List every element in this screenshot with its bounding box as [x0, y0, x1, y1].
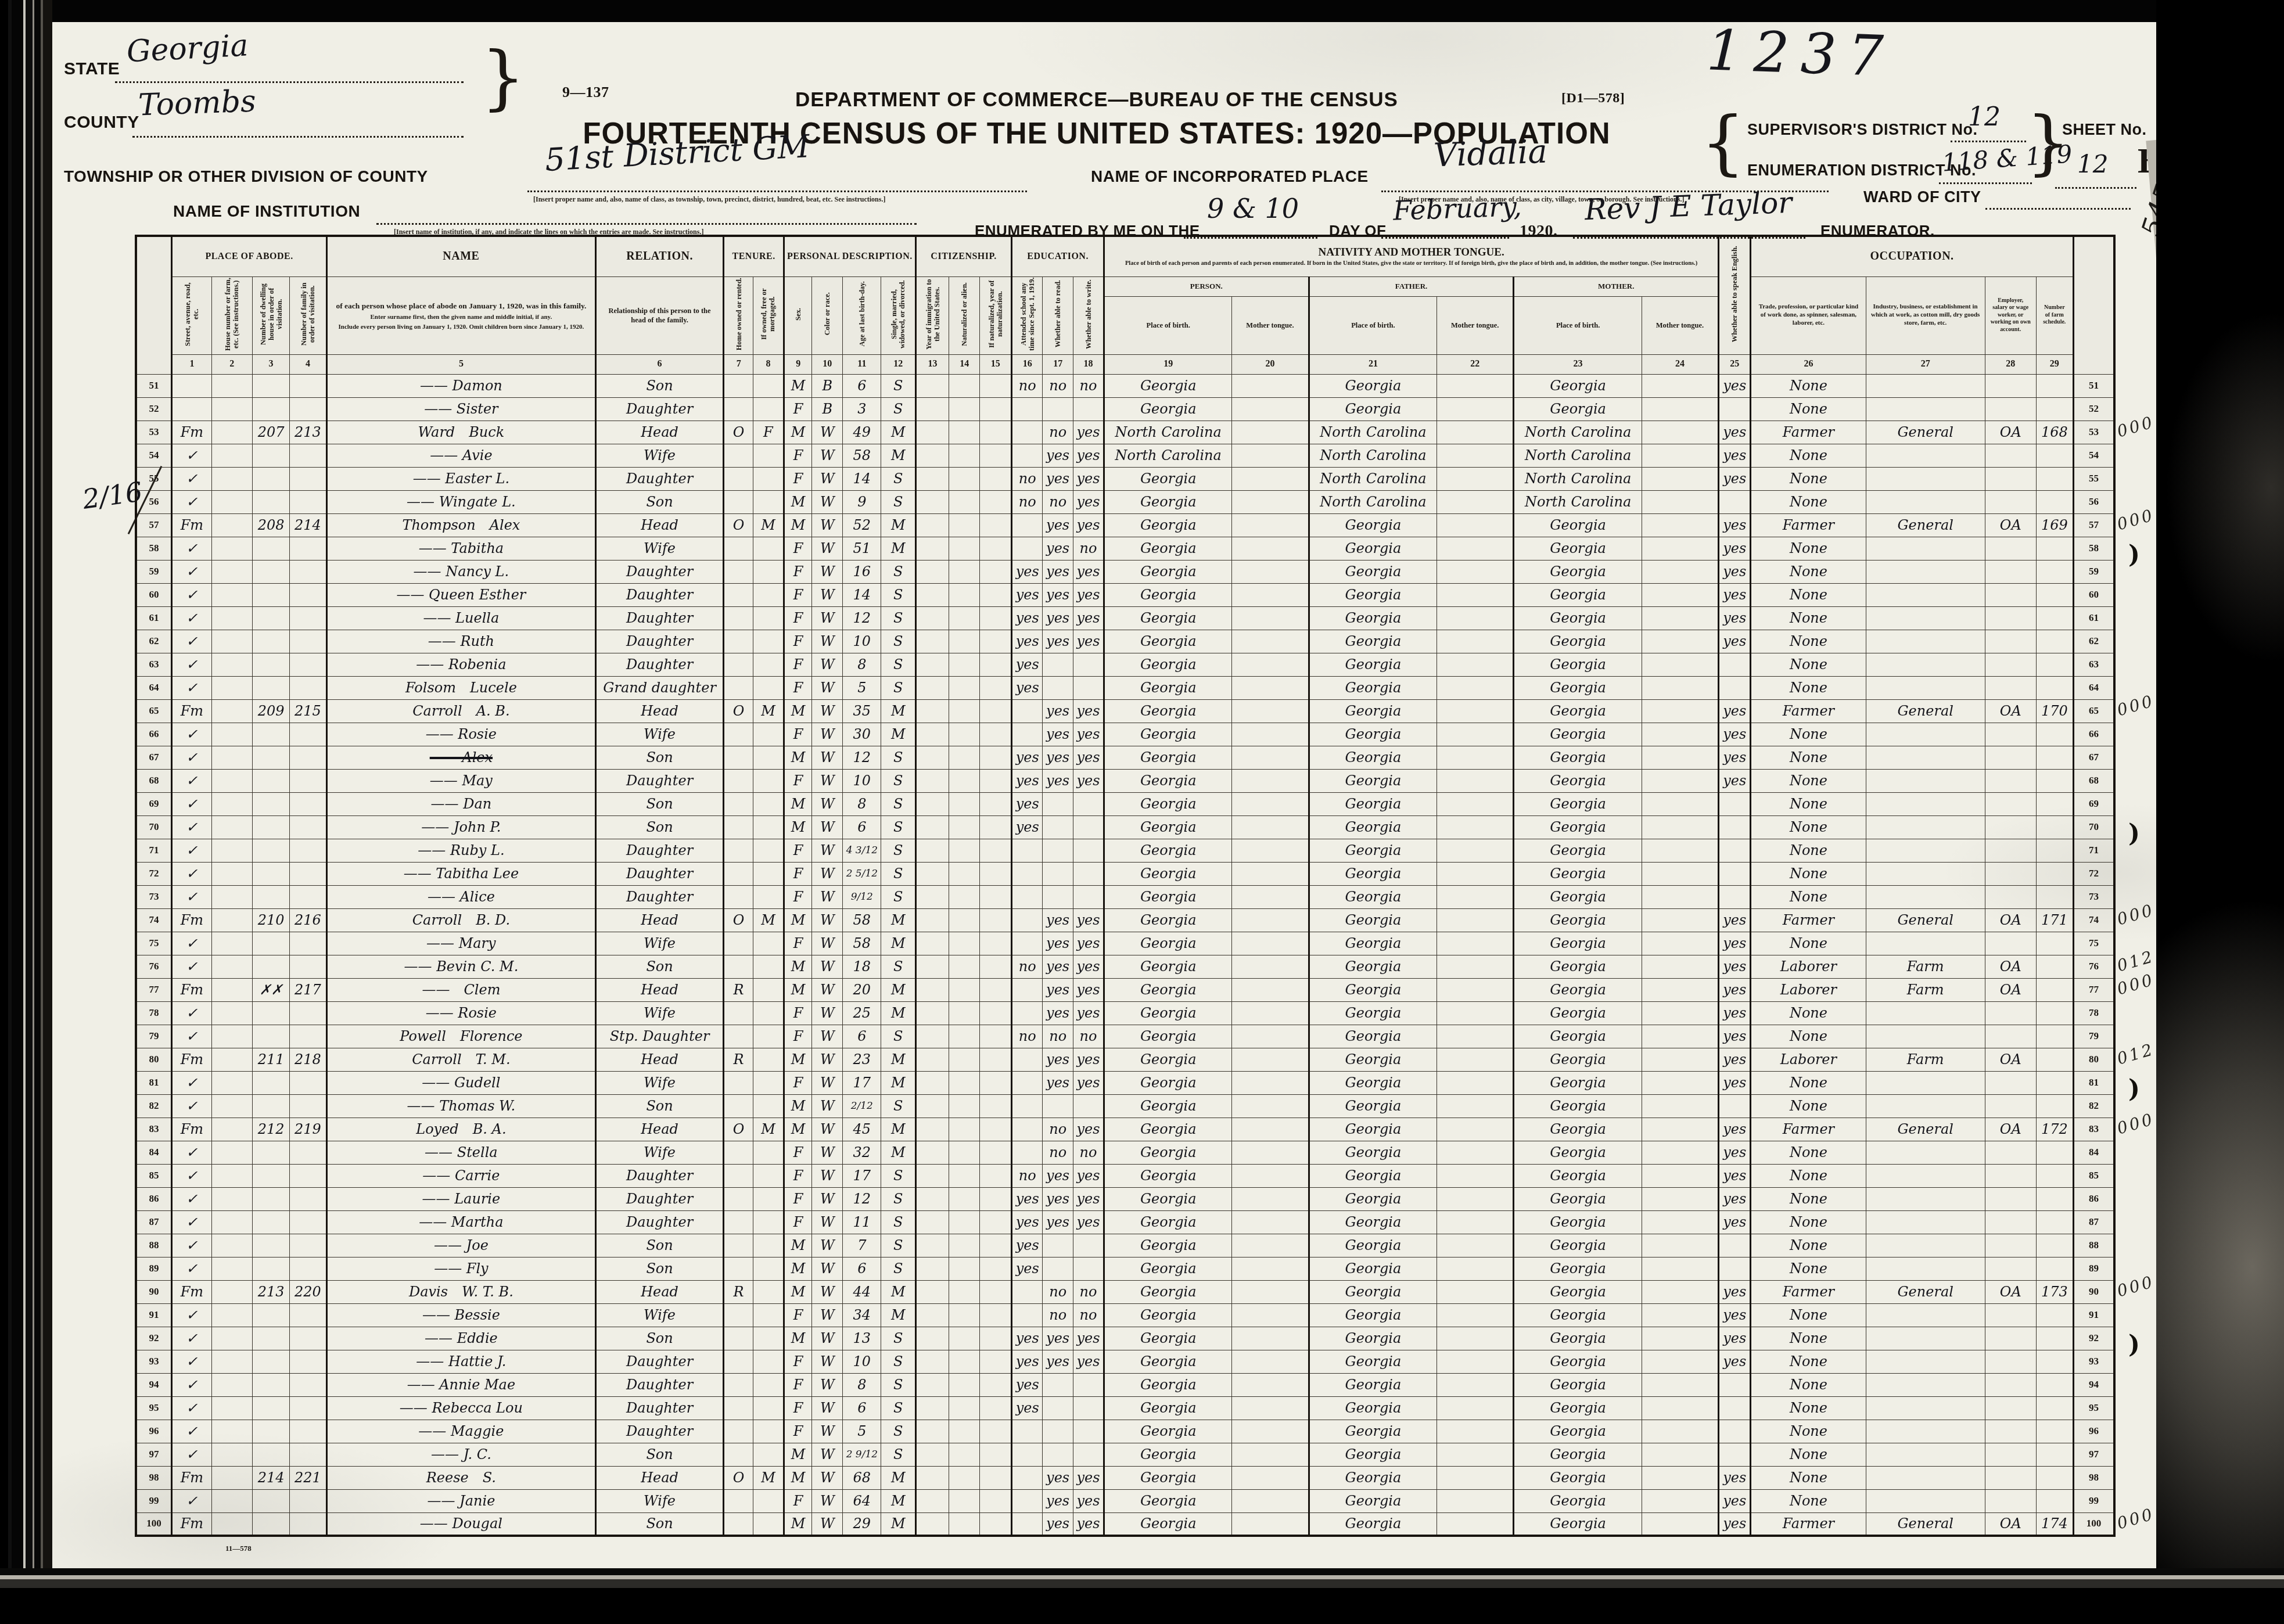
cell-sx: F — [784, 676, 811, 699]
cell-sc: yes — [1012, 1373, 1043, 1396]
cell-rel: Wife — [595, 723, 723, 746]
cell-cr: W — [812, 1234, 843, 1257]
cell-mb: Georgia — [1514, 537, 1642, 560]
cell-rel: Daughter — [595, 583, 723, 606]
cell-mt — [1642, 769, 1718, 792]
cell-na — [949, 908, 980, 932]
cell-sx: F — [784, 606, 811, 630]
table-row: 57Fm208214Thompson AlexHeadOMMW52Myesyes… — [136, 513, 2114, 537]
cell-pb: Georgia — [1104, 908, 1231, 932]
cell-ny — [980, 746, 1012, 769]
cell-fn — [2036, 839, 2073, 862]
column-number-21: 21 — [1309, 354, 1437, 374]
cell-mg: M — [753, 513, 784, 537]
cell-rel: Daughter — [595, 1396, 723, 1420]
cell-rd: yes — [1043, 723, 1073, 746]
township-label: TOWNSHIP OR OTHER DIVISION OF COUNTY — [64, 167, 428, 186]
cell-sx: F — [784, 467, 811, 490]
cell-mb: Georgia — [1514, 699, 1642, 723]
col-father-tongue: Mother tongue. — [1437, 296, 1514, 354]
column-number-3: 3 — [253, 354, 290, 374]
cell-ag: 29 — [843, 1512, 881, 1536]
group-tenure: TENURE. — [724, 236, 784, 276]
cell-pt — [1232, 1001, 1309, 1025]
table-row: 82✓—— Thomas W.SonMW2/12SGeorgiaGeorgiaG… — [136, 1094, 2114, 1118]
cell-cr: W — [812, 444, 843, 467]
nativity-title: NATIVITY AND MOTHER TONGUE. — [1105, 246, 1718, 259]
col-mortgage: If owned, free or mortgaged. — [753, 276, 784, 354]
cell-name: —— Damon — [326, 374, 595, 397]
cell-pb: Georgia — [1104, 653, 1231, 676]
cell-fn — [2036, 1466, 2073, 1489]
cell-ind — [1866, 676, 1985, 699]
cell-sc — [1012, 699, 1043, 723]
line-number-left: 100 — [136, 1512, 172, 1536]
column-number-16: 16 — [1012, 354, 1043, 374]
cell-hn — [211, 792, 253, 815]
cell-sc — [1012, 1303, 1043, 1327]
cell-mg — [753, 1094, 784, 1118]
cell-rd — [1043, 397, 1073, 421]
cell-pt — [1232, 908, 1309, 932]
cell-mt — [1642, 606, 1718, 630]
cell-pt — [1232, 606, 1309, 630]
cell-fb: Georgia — [1309, 1443, 1437, 1466]
cell-rel: Daughter — [595, 862, 723, 885]
cell-na — [949, 815, 980, 839]
cell-dw — [253, 792, 290, 815]
cell-name: —— May — [326, 769, 595, 792]
cell-ag: 25 — [843, 1001, 881, 1025]
cell-en: yes — [1719, 1350, 1751, 1373]
col-age: Age at last birth-day. — [843, 276, 881, 354]
col-speak-english: Whether able to speak English. — [1719, 236, 1751, 354]
cell-rd: yes — [1043, 1001, 1073, 1025]
cell-fn — [2036, 374, 2073, 397]
cell-sc: yes — [1012, 792, 1043, 815]
cell-fa — [290, 374, 327, 397]
cell-mt — [1642, 374, 1718, 397]
cell-rd: no — [1043, 1280, 1073, 1303]
cell-im — [915, 746, 949, 769]
cell-fn — [2036, 1001, 2073, 1025]
cell-fb: Georgia — [1309, 1118, 1437, 1141]
cell-sx: F — [784, 1025, 811, 1048]
cell-ag: 6 — [843, 374, 881, 397]
table-row: 71✓—— Ruby L.DaughterFW4 3/12SGeorgiaGeo… — [136, 839, 2114, 862]
cell-st: ✓ — [172, 885, 211, 908]
line-number-right: 83 — [2073, 1118, 2114, 1141]
cell-dw — [253, 932, 290, 955]
line-number-left: 74 — [136, 908, 172, 932]
cell-tr: None — [1751, 374, 1866, 397]
cell-en: yes — [1719, 1280, 1751, 1303]
cell-sx: F — [784, 653, 811, 676]
cell-ac: OA — [1985, 513, 2036, 537]
cell-sc — [1012, 1141, 1043, 1164]
subgroup-person: PERSON. — [1104, 276, 1309, 296]
cell-mt — [1642, 1350, 1718, 1373]
cell-rel: Daughter — [595, 397, 723, 421]
cell-hm — [724, 1210, 753, 1234]
cell-rd: yes — [1043, 630, 1073, 653]
cell-fb: Georgia — [1309, 1210, 1437, 1234]
cell-ft — [1437, 537, 1514, 560]
cell-ny — [980, 1257, 1012, 1280]
cell-sc — [1012, 397, 1043, 421]
cell-fb: Georgia — [1309, 1396, 1437, 1420]
table-row: 91✓—— BessieWifeFW34MnonoGeorgiaGeorgiaG… — [136, 1303, 2114, 1327]
cell-wr: yes — [1073, 560, 1104, 583]
cell-rel: Head — [595, 978, 723, 1001]
cell-st: ✓ — [172, 1373, 211, 1396]
line-number-left: 63 — [136, 653, 172, 676]
cell-sc — [1012, 978, 1043, 1001]
cell-ft — [1437, 1512, 1514, 1536]
column-number-8: 8 — [753, 354, 784, 374]
cell-fb: Georgia — [1309, 1094, 1437, 1118]
cell-im — [915, 1489, 949, 1512]
cell-st: ✓ — [172, 1234, 211, 1257]
cell-sx: M — [784, 421, 811, 444]
cell-en: yes — [1719, 932, 1751, 955]
cell-ny — [980, 467, 1012, 490]
cell-hn — [211, 1396, 253, 1420]
table-row: 81✓—— GudellWifeFW17MyesyesGeorgiaGeorgi… — [136, 1071, 2114, 1094]
cell-mt — [1642, 1280, 1718, 1303]
cell-pt — [1232, 374, 1309, 397]
cell-mb: Georgia — [1514, 630, 1642, 653]
cell-tr: None — [1751, 583, 1866, 606]
district-brace-left: { — [1701, 102, 1745, 183]
cell-cr: W — [812, 490, 843, 513]
cell-st: ✓ — [172, 1025, 211, 1048]
cell-fb: Georgia — [1309, 1466, 1437, 1489]
cell-ft — [1437, 1210, 1514, 1234]
cell-im — [915, 374, 949, 397]
cell-na — [949, 490, 980, 513]
cell-pb: Georgia — [1104, 1234, 1231, 1257]
cell-pb: Georgia — [1104, 978, 1231, 1001]
cell-fb: Georgia — [1309, 1141, 1437, 1164]
cell-mt — [1642, 1025, 1718, 1048]
cell-rd — [1043, 815, 1073, 839]
cell-rd: yes — [1043, 1466, 1073, 1489]
cell-cr: W — [812, 606, 843, 630]
cell-im — [915, 955, 949, 978]
cell-fa — [290, 1210, 327, 1234]
cell-mt — [1642, 1164, 1718, 1187]
cell-ny — [980, 1420, 1012, 1443]
cell-wr — [1073, 397, 1104, 421]
column-number-29: 29 — [2036, 354, 2073, 374]
cell-tr: None — [1751, 1234, 1866, 1257]
column-number-20: 20 — [1232, 354, 1309, 374]
cell-rd: yes — [1043, 1071, 1073, 1094]
cell-fn: 173 — [2036, 1280, 2073, 1303]
cell-sc: yes — [1012, 583, 1043, 606]
cell-pt — [1232, 769, 1309, 792]
cell-cr: W — [812, 676, 843, 699]
ward-line — [1985, 208, 2131, 210]
census-table: PLACE OF ABODE. NAME RELATION. TENURE. P… — [135, 235, 2116, 1537]
cell-rd: yes — [1043, 444, 1073, 467]
cell-wr: yes — [1073, 955, 1104, 978]
line-number-right: 95 — [2073, 1396, 2114, 1420]
cell-hn — [211, 839, 253, 862]
cell-fa — [290, 769, 327, 792]
cell-ft — [1437, 583, 1514, 606]
cell-ag: 6 — [843, 1025, 881, 1048]
cell-cr: W — [812, 1025, 843, 1048]
cell-name: —— Carrie — [326, 1164, 595, 1187]
cell-mg — [753, 1001, 784, 1025]
cell-hn — [211, 723, 253, 746]
cell-im — [915, 1443, 949, 1466]
cell-ag: 6 — [843, 1257, 881, 1280]
cell-na — [949, 1141, 980, 1164]
cell-ft — [1437, 490, 1514, 513]
cell-fb: North Carolina — [1309, 444, 1437, 467]
cell-fa — [290, 1489, 327, 1512]
cell-hn — [211, 1373, 253, 1396]
cell-hn — [211, 1094, 253, 1118]
cell-name: —— Maggie — [326, 1420, 595, 1443]
cell-cr: W — [812, 978, 843, 1001]
cell-tr: None — [1751, 1210, 1866, 1234]
line-number-right: 88 — [2073, 1234, 2114, 1257]
cell-pt — [1232, 1489, 1309, 1512]
cell-sx: F — [784, 1303, 811, 1327]
cell-ind — [1866, 932, 1985, 955]
cell-im — [915, 1396, 949, 1420]
cell-mt — [1642, 1141, 1718, 1164]
cell-ac — [1985, 1420, 2036, 1443]
cell-ind — [1866, 630, 1985, 653]
cell-ind — [1866, 490, 1985, 513]
cell-en: yes — [1719, 908, 1751, 932]
cell-ag: 10 — [843, 769, 881, 792]
cell-st: Fm — [172, 1466, 211, 1489]
cell-na — [949, 1187, 980, 1210]
cell-pb: Georgia — [1104, 792, 1231, 815]
cell-pt — [1232, 537, 1309, 560]
cell-im — [915, 815, 949, 839]
cell-na — [949, 1234, 980, 1257]
cell-ft — [1437, 421, 1514, 444]
cell-en: yes — [1719, 537, 1751, 560]
cell-rd: yes — [1043, 1048, 1073, 1071]
cell-sx: F — [784, 397, 811, 421]
cell-tr: Farmer — [1751, 1118, 1866, 1141]
cell-mb: Georgia — [1514, 839, 1642, 862]
line-number-left: 60 — [136, 583, 172, 606]
cell-wr: yes — [1073, 467, 1104, 490]
cell-cr: W — [812, 1164, 843, 1187]
cell-dw — [253, 676, 290, 699]
cell-sc: yes — [1012, 815, 1043, 839]
cell-rel: Daughter — [595, 885, 723, 908]
column-number-11: 11 — [843, 354, 881, 374]
cell-ms: S — [881, 374, 916, 397]
cell-rd: yes — [1043, 1210, 1073, 1234]
cell-mt — [1642, 1234, 1718, 1257]
cell-cr: W — [812, 723, 843, 746]
cell-ac: OA — [1985, 908, 2036, 932]
cell-ag: 51 — [843, 537, 881, 560]
cell-mb: Georgia — [1514, 1489, 1642, 1512]
census-scan: STATE Georgia COUNTY Toombs } 9—137 DEPA… — [0, 0, 2284, 1624]
cell-fb: Georgia — [1309, 1373, 1437, 1396]
cell-sx: M — [784, 1094, 811, 1118]
cell-ind — [1866, 1327, 1985, 1350]
cell-mb: Georgia — [1514, 1512, 1642, 1536]
col-street: Street, avenue, road, etc. — [172, 276, 211, 354]
line-number-left: 56 — [136, 490, 172, 513]
col-employer: Employer, salary or wage worker, or work… — [1985, 276, 2036, 354]
cell-sc — [1012, 1512, 1043, 1536]
film-border-top — [0, 0, 2284, 22]
cell-sx: M — [784, 699, 811, 723]
col-home-owned: Home owned or rented. — [724, 276, 753, 354]
cell-mg — [753, 955, 784, 978]
line-number-left: 77 — [136, 978, 172, 1001]
cell-mt — [1642, 467, 1718, 490]
cell-fn — [2036, 630, 2073, 653]
cell-hn — [211, 932, 253, 955]
film-big-number: 1237 — [1705, 17, 1896, 89]
cell-rd: yes — [1043, 1489, 1073, 1512]
cell-fb: Georgia — [1309, 1350, 1437, 1373]
cell-pt — [1232, 746, 1309, 769]
cell-ind — [1866, 1001, 1985, 1025]
line-number-left: 52 — [136, 397, 172, 421]
cell-dw — [253, 1210, 290, 1234]
cell-rel: Wife — [595, 1071, 723, 1094]
cell-mg — [753, 444, 784, 467]
margin-note: 000 — [2115, 1504, 2157, 1533]
cell-mg — [753, 1187, 784, 1210]
cell-fa — [290, 862, 327, 885]
cell-sx: F — [784, 723, 811, 746]
cell-rel: Son — [595, 1257, 723, 1280]
cell-na — [949, 1327, 980, 1350]
cell-ft — [1437, 1466, 1514, 1489]
cell-ac — [1985, 885, 2036, 908]
cell-ms: M — [881, 699, 916, 723]
cell-fb: Georgia — [1309, 1512, 1437, 1536]
cell-pt — [1232, 1466, 1309, 1489]
cell-ag: 5 — [843, 1420, 881, 1443]
line-number-right: 51 — [2073, 374, 2114, 397]
cell-fb: Georgia — [1309, 537, 1437, 560]
line-number-left: 57 — [136, 513, 172, 537]
cell-en — [1719, 1443, 1751, 1466]
table-row: 63✓—— RobeniaDaughterFW8SyesGeorgiaGeorg… — [136, 653, 2114, 676]
form-number: 9—137 — [562, 84, 609, 101]
cell-na — [949, 1303, 980, 1327]
cell-sx: M — [784, 746, 811, 769]
cell-mg — [753, 792, 784, 815]
cell-sx: M — [784, 1512, 811, 1536]
table-row: 60✓—— Queen EstherDaughterFW14Syesyesyes… — [136, 583, 2114, 606]
cell-st: Fm — [172, 908, 211, 932]
cell-pb: Georgia — [1104, 1210, 1231, 1234]
cell-ft — [1437, 513, 1514, 537]
film-border-left — [0, 0, 52, 1624]
cell-ag: 17 — [843, 1071, 881, 1094]
cell-cr: W — [812, 630, 843, 653]
cell-rd: yes — [1043, 606, 1073, 630]
cell-name: —— Robenia — [326, 653, 595, 676]
cell-ag: 13 — [843, 1327, 881, 1350]
cell-im — [915, 932, 949, 955]
cell-hm — [724, 1025, 753, 1048]
cell-wr — [1073, 676, 1104, 699]
line-number-right: 65 — [2073, 699, 2114, 723]
cell-rd: no — [1043, 374, 1073, 397]
cell-im — [915, 1164, 949, 1187]
cell-wr: no — [1073, 1280, 1104, 1303]
line-number-left: 70 — [136, 815, 172, 839]
cell-ms: S — [881, 1025, 916, 1048]
cell-tr: None — [1751, 653, 1866, 676]
table-row: 95✓—— Rebecca LouDaughterFW6SyesGeorgiaG… — [136, 1396, 2114, 1420]
cell-sx: F — [784, 1489, 811, 1512]
cell-fn — [2036, 1489, 2073, 1512]
table-row: 56✓—— Wingate L.SonMW9SnonoyesGeorgiaNor… — [136, 490, 2114, 513]
cell-fn — [2036, 746, 2073, 769]
cell-ms: M — [881, 421, 916, 444]
cell-rel: Head — [595, 699, 723, 723]
cell-pt — [1232, 723, 1309, 746]
col-dwelling-number: Number of dwelling house in order of vis… — [253, 276, 290, 354]
cell-rd: yes — [1043, 908, 1073, 932]
cell-ms: S — [881, 653, 916, 676]
cell-ms: M — [881, 1048, 916, 1071]
cell-ac — [1985, 1373, 2036, 1396]
cell-pt — [1232, 1025, 1309, 1048]
cell-ft — [1437, 676, 1514, 699]
cell-ag: 9/12 — [843, 885, 881, 908]
cell-hn — [211, 1280, 253, 1303]
cell-mb: Georgia — [1514, 1048, 1642, 1071]
line-number-right: 60 — [2073, 583, 2114, 606]
line-number-left: 89 — [136, 1257, 172, 1280]
line-number-right: 75 — [2073, 932, 2114, 955]
cell-wr: yes — [1073, 1512, 1104, 1536]
cell-ac — [1985, 792, 2036, 815]
cell-im — [915, 1466, 949, 1489]
line-number-right: 97 — [2073, 1443, 2114, 1466]
cell-ag: 58 — [843, 444, 881, 467]
cell-ag: 14 — [843, 467, 881, 490]
cell-rd — [1043, 1420, 1073, 1443]
cell-hn — [211, 374, 253, 397]
cell-im — [915, 1327, 949, 1350]
film-punch-mark: ) — [2128, 1075, 2140, 1103]
line-number-right: 80 — [2073, 1048, 2114, 1071]
cell-ag: 2/12 — [843, 1094, 881, 1118]
cell-ms: S — [881, 1350, 916, 1373]
line-number-right: 70 — [2073, 815, 2114, 839]
cell-fn — [2036, 490, 2073, 513]
cell-na — [949, 1118, 980, 1141]
cell-ac — [1985, 1094, 2036, 1118]
cell-rel: Stp. Daughter — [595, 1025, 723, 1048]
cell-mg: M — [753, 699, 784, 723]
cell-pb: Georgia — [1104, 1094, 1231, 1118]
